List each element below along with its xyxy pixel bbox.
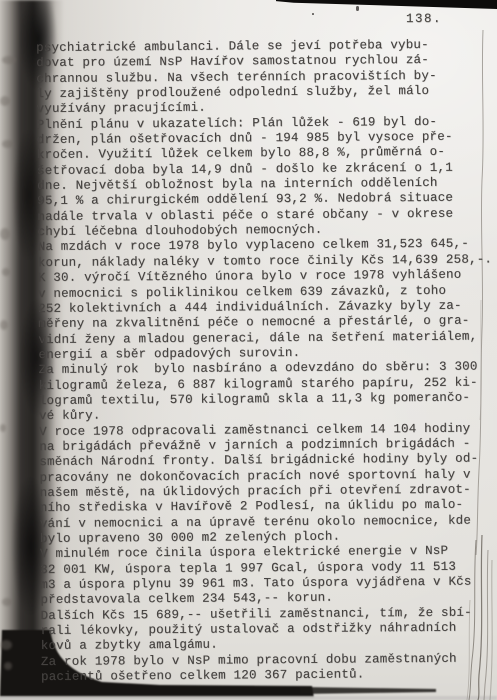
edge-smudge [0, 320, 8, 330]
ink-speck [356, 6, 359, 11]
edge-smudge [2, 56, 16, 64]
scanner-edge-bar [276, 0, 497, 9]
edge-smudge [4, 662, 12, 670]
edge-smudge [2, 140, 14, 148]
edge-smudge [0, 228, 10, 240]
page-text: psychiatrické ambulanci. Dále se jeví po… [36, 38, 471, 686]
scanned-document-page: 138. psychiatrické ambulanci. Dále se je… [0, 0, 497, 700]
ink-speck [312, 13, 314, 15]
edge-smudge [0, 424, 6, 432]
edge-smudge [2, 268, 10, 276]
edge-smudge [2, 598, 12, 606]
edge-smudge [0, 640, 12, 650]
page-number: 138. [406, 12, 442, 26]
edge-smudge [0, 96, 10, 106]
